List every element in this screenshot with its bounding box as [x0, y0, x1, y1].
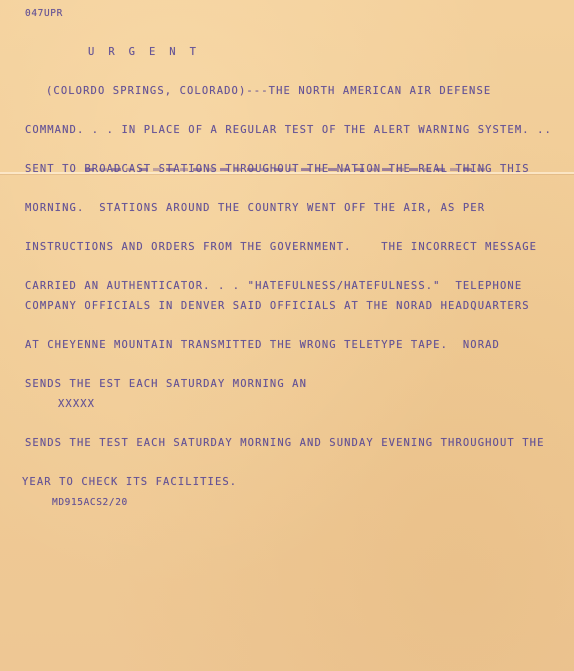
- body-line-1: (COLORDO SPRINGS, COLORADO)---THE NORTH …: [46, 85, 491, 97]
- header-code: 047UPR: [25, 8, 63, 19]
- body-line-2: COMMAND. . . IN PLACE OF A REGULAR TEST …: [25, 124, 552, 136]
- body-line-6: CARRIED AN AUTHENTICATOR. . . "HATEFULNE…: [25, 280, 522, 292]
- footer-code: MD915ACS2/20: [52, 497, 128, 508]
- body-line-3: SENT TO BROADCAST STATIONS THROUGHOUT TH…: [25, 163, 530, 175]
- body-line-10: SENDS THE TEST EACH SATURDAY MORNING AND…: [25, 437, 545, 449]
- body-line-4: MORNING. STATIONS AROUND THE COUNTRY WEN…: [25, 202, 485, 214]
- body-line-9: SENDS THE EST EACH SATURDAY MORNING AN: [25, 378, 307, 390]
- teletype-page: 047UPR URGENT (COLORDO SPRINGS, COLORADO…: [0, 0, 574, 671]
- priority-label: URGENT: [88, 46, 210, 58]
- strikeout-xxxxx: XXXXX: [58, 398, 95, 410]
- body-line-8: AT CHEYENNE MOUNTAIN TRANSMITTED THE WRO…: [25, 339, 500, 351]
- body-line-11: YEAR TO CHECK ITS FACILITIES.: [22, 476, 237, 488]
- body-line-5: INSTRUCTIONS AND ORDERS FROM THE GOVERNM…: [25, 241, 537, 253]
- body-line-7: COMPANY OFFICIALS IN DENVER SAID OFFICIA…: [25, 300, 530, 312]
